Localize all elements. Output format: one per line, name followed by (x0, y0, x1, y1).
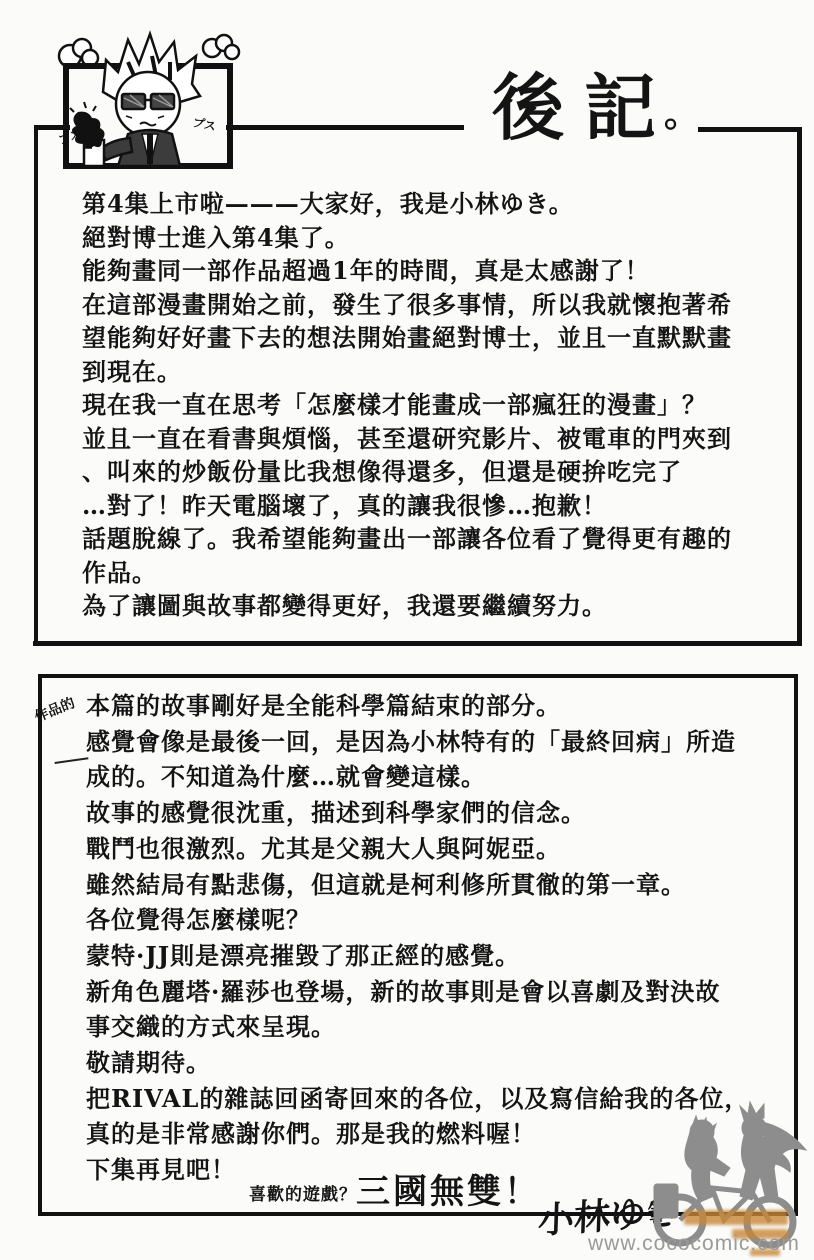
frame-right-line (797, 127, 802, 646)
text-line: …對了！昨天電腦壞了，真的讓我很慘…抱歉！ (82, 489, 782, 523)
text-line: 、叫來的炒飯份量比我想像得還多，但還是硬拚吃完了 (82, 455, 782, 489)
text-line: 事交織的方式來呈現。 (86, 1009, 786, 1045)
text-line: 並且一直在看書與煩惱，甚至還研究影片、被電車的門夾到 (82, 422, 782, 456)
text-line: 現在我一直在思考「怎麼樣才能畫成一部瘋狂的漫畫」？ (82, 388, 782, 422)
text-line: 本篇的故事剛好是全能科學篇結束的部分。 (86, 688, 786, 724)
text-line: 戰鬥也很激烈。尤其是父親大人與阿妮亞。 (86, 831, 786, 867)
text-line: 在這部漫畫開始之前，發生了很多事情，所以我就懷抱著希 (82, 288, 782, 322)
text-line: 各位覺得怎麼樣呢？ (86, 902, 786, 938)
text-line: 故事的感覺很沈重，描述到科學家們的信念。 (86, 795, 786, 831)
manga-afterword-page: プス プス 後記 。 第4集上市啦———大家好，我是小林ゆき。絕對博士進入第4集… (0, 0, 814, 1260)
scanlator-watermark-line1 (684, 1210, 788, 1225)
text-line: 話題脫線了。我希望能夠畫出一部讓各位看了覺得更有趣的 (82, 522, 782, 556)
favorite-game-question: 喜歡的遊戲？ (249, 1180, 357, 1205)
text-line: 雖然結局有點悲傷，但這就是柯利修所貫徹的第一章。 (86, 867, 786, 903)
frame-top-right-segment (698, 127, 802, 132)
text-line: 到現在。 (82, 355, 782, 389)
sfx-pusu-right: プス (191, 114, 217, 134)
frame-top-mid-segment (226, 125, 464, 130)
frame-bottom-line (33, 641, 802, 646)
text-line: 蒙特·JJ則是漂亮摧毀了那正經的感覺。 (86, 938, 786, 974)
text-line: 能夠畫同一部作品超過1年的時間，真是太感謝了！ (82, 254, 782, 288)
text-line: 為了讓圖與故事都變得更好，我還要繼續努力。 (82, 589, 782, 623)
text-line: 感覺會像是最後一回，是因為小林特有的「最終回病」所造 (86, 724, 786, 760)
frame-left-line (34, 125, 38, 646)
bicycle-silhouette-illustration (632, 1092, 812, 1250)
author-chibi-illustration: プス プス (40, 22, 255, 180)
page-title-period: 。 (664, 96, 700, 132)
tie (147, 134, 153, 164)
site-watermark-url: www.cococomic.com (588, 1232, 800, 1256)
page-title: 後記 (492, 72, 676, 144)
sfx-pusu-left: プス (56, 125, 83, 147)
intro-text-block: 第4集上市啦———大家好，我是小林ゆき。絕對博士進入第4集了。能夠畫同一部作品超… (82, 187, 782, 623)
text-line: 新角色麗塔·羅莎也登場，新的故事則是會以喜劇及對決故 (86, 974, 786, 1010)
text-line: 敬請期待。 (86, 1045, 786, 1081)
text-line: 絕對博士進入第4集了。 (82, 221, 782, 255)
text-line: 第4集上市啦———大家好，我是小林ゆき。 (82, 187, 782, 221)
text-line: 作品。 (82, 556, 782, 590)
text-line: 望能夠好好畫下去的想法開始畫絕對博士，並且一直默默畫 (82, 321, 782, 355)
favorite-game-answer: 三國無雙！ (356, 1164, 541, 1213)
text-line: 成的。不知道為什麼…就會變這樣。 (86, 759, 786, 795)
